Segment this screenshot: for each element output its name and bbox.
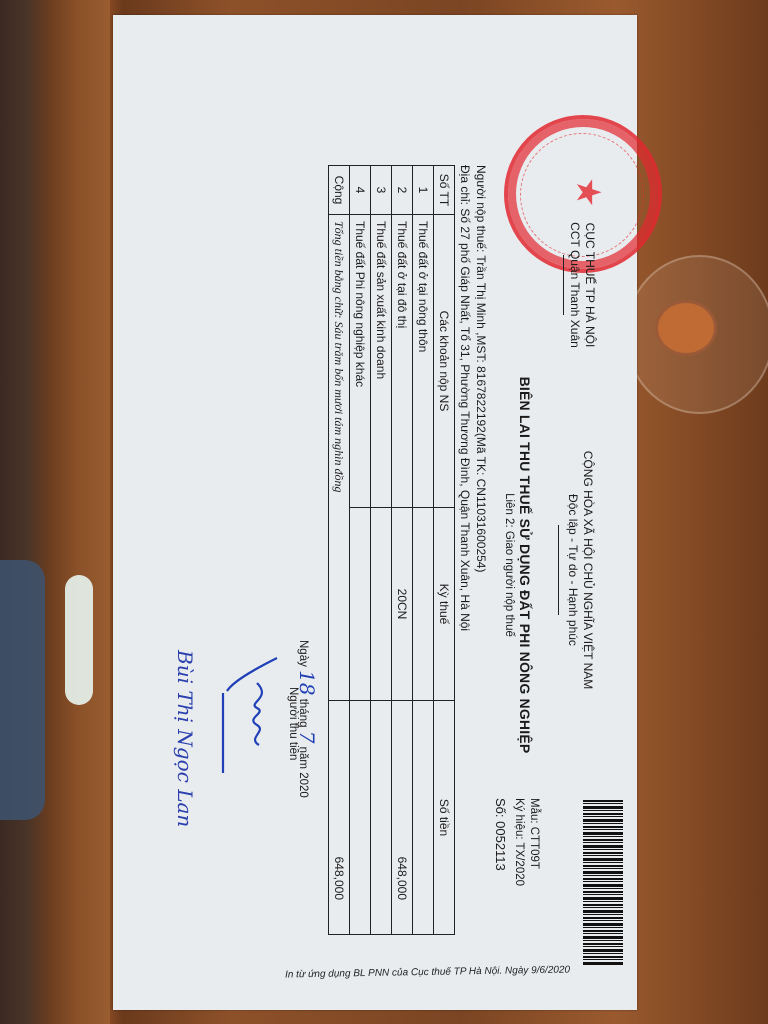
table-row: 3 Thuế đất sản xuất kinh doanh [371, 166, 392, 935]
agency-header: CỤC THUẾ TP HÀ NỘI CCT Quận Thanh Xuân [563, 195, 597, 375]
tax-receipt-paper: ★ CỤC THUẾ TP HÀ NỘI CCT Quận Thanh Xuân… [113, 15, 637, 1010]
background-fabric [0, 560, 45, 820]
total-amount: 648,000 [329, 701, 350, 935]
tax-table: Số TT Các khoản nộp NS Kỳ thuế Số tiền 1… [328, 165, 455, 935]
row-period: 20CN [392, 508, 413, 701]
row-item: Thuế đất sản xuất kinh doanh [371, 215, 392, 508]
row-period [413, 508, 434, 701]
row-amount [371, 701, 392, 935]
nation-name: CỘNG HÒA XÃ HỘI CHỦ NGHĨA VIỆT NAM [580, 405, 595, 735]
receipt-number: Số: 0052113 [493, 798, 508, 886]
light-reflection [65, 575, 93, 705]
row-amount: 648,000 [392, 701, 413, 935]
collector-role: Người thu tiền [287, 687, 299, 760]
row-amount [350, 701, 371, 935]
table-row: 1 Thuế đất ở tại nông thôn [413, 166, 434, 935]
row-stt: 4 [350, 166, 371, 215]
payer-info: Người nộp thuế: Trần Thị Minh ,MST: 8167… [457, 165, 489, 631]
receipt-content-rotated: ★ CỤC THUẾ TP HÀ NỘI CCT Quận Thanh Xuân… [113, 15, 637, 1010]
row-stt: 2 [392, 166, 413, 215]
payer-line: Người nộp thuế: Trần Thị Minh ,MST: 8167… [473, 165, 489, 631]
header-period: Kỳ thuế [434, 508, 455, 701]
nation-motto: Độc lập - Tự do - Hạnh phúc [565, 405, 580, 735]
address-line: Địa chỉ: Số 27 phố Giáp Nhất, Tổ 31, Phư… [457, 165, 473, 631]
series-code: Ký hiệu: TX/2020 [511, 798, 526, 886]
header-amount: Số tiền [434, 701, 455, 935]
row-item: Thuế đất Phi nông nghiệp khác [350, 215, 371, 508]
divider [558, 525, 559, 615]
row-item: Thuế đất ở tại nông thôn [413, 215, 434, 508]
receipt-copy-label: Liên 2: Giao người nộp thuế [503, 265, 515, 865]
agency-sub: CCT Quận Thanh Xuân [567, 195, 582, 375]
row-period [371, 508, 392, 701]
row-stt: 3 [371, 166, 392, 215]
wood-knot [655, 300, 717, 356]
wood-table-edge [0, 0, 110, 1024]
row-amount [413, 701, 434, 935]
divider [563, 255, 564, 315]
header-stt: Số TT [434, 166, 455, 215]
total-label: Cộng [329, 166, 350, 215]
receipt-title: BIÊN LAI THU THUẾ SỬ DỤNG ĐẤT PHI NÔNG N… [517, 265, 533, 865]
agency-top: CỤC THUẾ TP HÀ NỘI [582, 195, 597, 375]
barcode [583, 800, 623, 965]
header-item: Các khoản nộp NS [434, 215, 455, 508]
signer-name: Bùi Thị Ngọc Lan [173, 650, 197, 827]
row-stt: 1 [413, 166, 434, 215]
form-code: Mẫu: CTT09T [526, 798, 541, 886]
total-in-words: Tổng tiền bằng chữ: Sáu trăm bốn mươi tá… [329, 215, 350, 701]
row-item: Thuế đất ở tại đô thị [392, 215, 413, 508]
handwritten-signature [217, 653, 287, 793]
nation-header: CỘNG HÒA XÃ HỘI CHỦ NGHĨA VIỆT NAM Độc l… [558, 405, 595, 735]
receipt-meta: Mẫu: CTT09T Ký hiệu: TX/2020 Số: 0052113 [493, 798, 541, 886]
table-header-row: Số TT Các khoản nộp NS Kỳ thuế Số tiền [434, 166, 455, 935]
row-period [350, 508, 371, 701]
table-row: 4 Thuế đất Phi nông nghiệp khác [350, 166, 371, 935]
date-prefix: Ngày [297, 640, 309, 667]
table-row: 2 Thuế đất ở tại đô thị 20CN 648,000 [392, 166, 413, 935]
table-total-row: Cộng Tổng tiền bằng chữ: Sáu trăm bốn mư… [329, 166, 350, 935]
